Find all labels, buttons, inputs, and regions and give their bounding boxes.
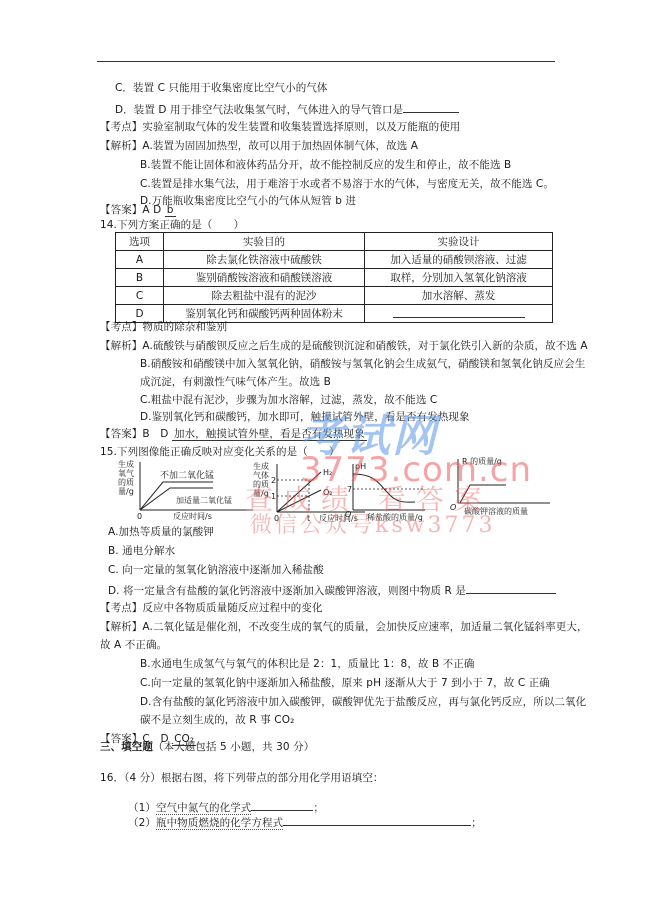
q15-jiexi: 【解析】A.二氧化锰是催化剂，不改变生成的氧气的质量，会加快反应速率，加适量二氧… [100, 620, 588, 634]
table-cell: 加水溶解、蒸发 [365, 287, 553, 305]
table-header-row: 选项 实验目的 实验设计 [116, 233, 553, 251]
line-label: 加适量二氧化锰 [176, 496, 232, 505]
jiexi-tag: 【解析】 [100, 140, 142, 152]
jiexi-line: C.向一定量的氢氧化钠中逐渐加入稀盐酸，原来 pH 逐渐从大于 7 到小于 7，… [140, 676, 550, 690]
table-cell: C [116, 287, 164, 305]
y-axis-label: 量/g [118, 487, 134, 496]
item-number: （2） [128, 817, 156, 829]
q15-option-c: C. 向一定量的氢氧化钠溶液中逐渐加入稀盐酸 [108, 563, 324, 577]
kaodian-tag: 【考点】 [100, 121, 142, 133]
q13-option-d: D．装置 D 用于排空气法收集氢气时，气体进入的导气管口是 [115, 101, 459, 117]
jiexi-line: D.含有盐酸的氯化钙溶液中加入碳酸钾，碳酸钾优先于盐酸反应，再与氯化钙反应，所以… [140, 695, 586, 709]
answer-blank [251, 799, 313, 811]
table-cell-blank [365, 305, 553, 323]
jiexi-line: B.装置不能让固体和液体药品分开，故不能控制反应的发生和停止，故不能选 B [140, 158, 511, 172]
y-axis-label: 的质 [118, 478, 134, 487]
answer-tag: 【答案】 [100, 204, 142, 216]
jiexi-tag: 【解析】 [100, 340, 142, 352]
x-axis-label: 反应时间/s [173, 512, 212, 521]
q14-stem: 14.下列方案正确的是（ ） [100, 218, 244, 232]
q16-item-1: （1）空气中氮气的化学式； [128, 799, 324, 815]
answer-text: A D [142, 204, 161, 216]
section-3-heading: 三、填空题（本大题包括 5 小题，共 30 分） [100, 740, 314, 754]
q15-option-d-text: D. 将一定量含有盐酸的氯化钙溶液中逐渐加入碳酸钾溶液，则图中物质 R 是 [108, 585, 466, 597]
item-text: 瓶中物质燃烧的化学方程式 [156, 817, 283, 830]
section-note: （本大题包括 5 小题，共 30 分） [153, 741, 314, 753]
q14-kaodian: 【考点】物质的除杂和鉴别 [100, 320, 227, 334]
q13-option-d-text: D．装置 D 用于排空气法收集氢气时，气体进入的导气管口是 [115, 104, 403, 116]
y-axis-label: 氧气 [118, 469, 134, 478]
jiexi-line: A.二氧化锰是催化剂，不改变生成的氧气的质量，会加快反应速率，加适量二氧化锰斜率… [142, 621, 587, 633]
item-suffix: ； [313, 802, 324, 814]
table-cell: B [116, 269, 164, 287]
table-cell: 鉴别硝酸铵溶液和硝酸镁溶液 [164, 269, 365, 287]
q16-stem: 16．（4 分）根据右图，将下列带点的部分用化学用语填空： [100, 771, 384, 785]
table-row: A 除去氯化铁溶液中硫酸铁 加入适量的硝酸钡溶液、过滤 [116, 251, 553, 269]
jiexi-line: A.硫酸铁与硝酸钡反应之后生成的是硫酸钡沉淀和硝酸铁，对于氯化铁引入新的杂质，故… [142, 340, 587, 352]
table-cell: A [116, 251, 164, 269]
table-row: B 鉴别硝酸铵溶液和硝酸镁溶液 取样，分别加入氢氧化钠溶液 [116, 269, 553, 287]
table-header: 选项 [116, 233, 164, 251]
q13-jiexi: 【解析】A.装置为固固加热型，故可以用于加热固体制气体，故选 A [100, 139, 418, 153]
kaodian-tag: 【考点】 [100, 602, 142, 614]
kaodian-tag: 【考点】 [100, 321, 142, 333]
line-label: 不加二氧化锰 [160, 472, 214, 481]
jiexi-line: A.装置为固固加热型，故可以用于加热固体制气体，故选 A [142, 140, 418, 152]
table-header: 实验目的 [164, 233, 365, 251]
header-rule [97, 61, 555, 62]
answer-blank [283, 814, 471, 826]
origin-label: 0 [137, 512, 142, 521]
table-cell: 取样，分别加入氢氧化钠溶液 [365, 269, 553, 287]
answer-blank-filled: b [165, 204, 176, 217]
q13-option-c: C．装置 C 只能用于收集密度比空气小的气体 [115, 81, 328, 95]
q15-option-d: D. 将一定量含有盐酸的氯化钙溶液中逐渐加入碳酸钾溶液，则图中物质 R 是 [108, 582, 556, 598]
table-cell: 加入适量的硝酸钡溶液、过滤 [365, 251, 553, 269]
exam-page: C．装置 C 只能用于收集密度比空气小的气体 D．装置 D 用于排空气法收集氢气… [0, 0, 650, 919]
jiexi-line: 成沉淀，有刺激性气味气体产生。故选 B [140, 375, 331, 389]
section-title: 三、填空题 [100, 741, 153, 753]
table-cell: 除去粗盐中混有的泥沙 [164, 287, 365, 305]
item-number: （1） [128, 802, 156, 814]
q14-options-table: 选项 实验目的 实验设计 A 除去氯化铁溶液中硫酸铁 加入适量的硝酸钡溶液、过滤… [115, 232, 553, 323]
jiexi-line: C.装置是排水集气法，用于难溶于水或者不易溶于水的气体，与密度无关，故不能选 C… [140, 177, 554, 191]
item-suffix: ； [471, 817, 482, 829]
answer-text: B D [142, 428, 168, 440]
table-cell: 除去氯化铁溶液中硫酸铁 [164, 251, 365, 269]
q14-jiexi: 【解析】A.硫酸铁与硝酸钡反应之后生成的是硫酸钡沉淀和硝酸铁，对于氯化铁引入新的… [100, 339, 588, 353]
jiexi-line: 故 A 不正确。 [100, 638, 167, 652]
y-axis-label: 生成 [253, 462, 269, 471]
table-header: 实验设计 [365, 233, 553, 251]
y-axis-label: 生成 [118, 460, 134, 469]
q13-answer: 【答案】A D b [100, 203, 176, 217]
kaodian-text: 实验室制取气体的发生装置和收集装置选择原则，以及万能瓶的使用 [142, 121, 460, 133]
q15-option-b: B. 通电分解水 [108, 544, 175, 558]
jiexi-line: 碳不是立刻生成的，故 R 事 CO₂ [140, 713, 294, 727]
jiexi-line: B.水通电生成氢气与氧气的体积比是 2：1，质量比 1：8，故 B 不正确 [140, 657, 475, 671]
table-row: C 除去粗盐中混有的泥沙 加水溶解、蒸发 [116, 287, 553, 305]
q15-kaodian: 【考点】反应中各物质质量随反应过程中的变化 [100, 601, 323, 615]
q13-kaodian: 【考点】实验室制取气体的发生装置和收集装置选择原则，以及万能瓶的使用 [100, 120, 460, 134]
answer-tag: 【答案】 [100, 428, 142, 440]
q15-option-a: A.加热等质量的氯酸钾 [108, 525, 214, 539]
jiexi-tag: 【解析】 [100, 621, 142, 633]
kaodian-text: 物质的除杂和鉴别 [142, 321, 227, 333]
kaodian-text: 反应中各物质质量随反应过程中的变化 [142, 602, 322, 614]
answer-blank [403, 101, 459, 113]
watermark-line2: 微信公众号ksw3773 [250, 508, 495, 539]
q16-item-2: （2）瓶中物质燃烧的化学方程式； [128, 814, 482, 830]
answer-blank [466, 582, 556, 594]
graph-a: 生成 氧气 的质 量/g 不加二氧化锰 加适量二氧化锰 0 反应时间/s [118, 460, 263, 522]
jiexi-line: B.硝酸铵和硝酸镁中加入氢氧化钠，硝酸铵与氢氧化钠会生成氨气，硝酸镁和氢氧化钠反… [140, 357, 585, 371]
